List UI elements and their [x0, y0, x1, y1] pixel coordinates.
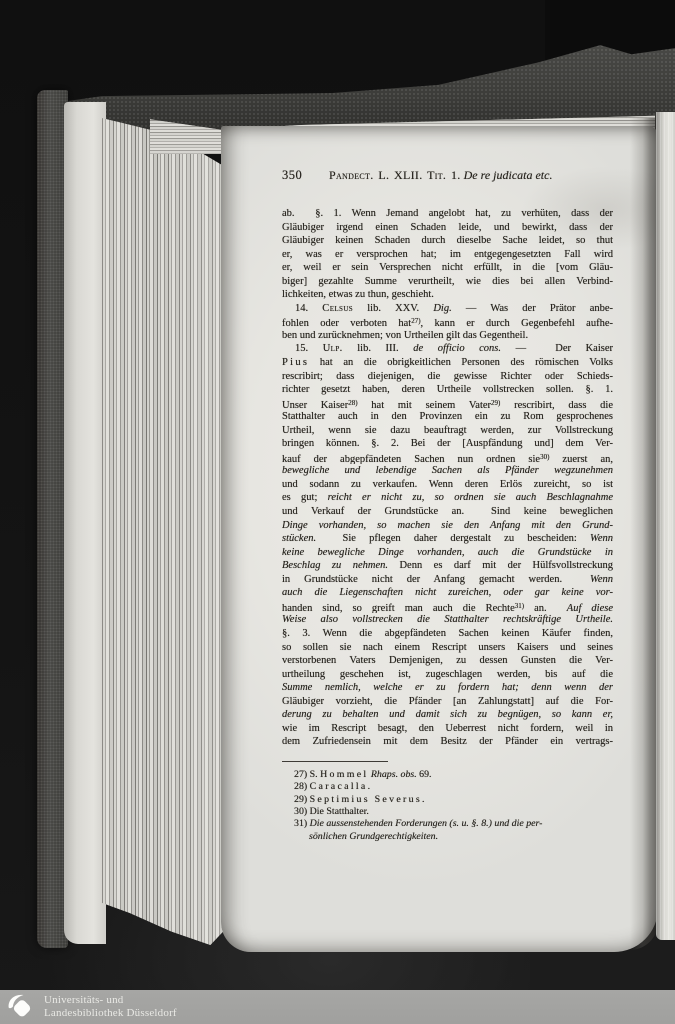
text-run: biger] gezahlte Summe verurtheilt, wie d…: [282, 276, 613, 287]
text-line: kauf der abgepfändeten Sachen nun ordnen…: [282, 451, 613, 465]
text-run: 28): [348, 399, 357, 407]
text-run: 29): [294, 794, 310, 805]
text-run: Gläubiger keinen Schaden durch dieselbe …: [282, 235, 613, 246]
text-run: es gut;: [282, 492, 328, 503]
flyleaf-edge: [64, 102, 106, 944]
text-run: bringen können. §. 2. Bei der [Auspfändu…: [282, 438, 613, 449]
text-line: 29) Septimius Severus.: [282, 794, 613, 806]
page-gutter-fold: [630, 118, 658, 950]
text-line: rescribirt; dass diejenigen, die gewisse…: [282, 370, 613, 384]
page-number: 350: [282, 168, 329, 182]
text-line: ben und zurücknehmen; von Urtheilen gilt…: [282, 329, 613, 343]
text-run: — Was der Prätor anbe-: [452, 303, 613, 314]
text-run: Dinge vorhanden, so machen sie den Anfan…: [282, 520, 613, 531]
text-run: Celsus: [322, 303, 353, 314]
text-line: Pius hat an die obrigkeitlichen Personen…: [282, 356, 613, 370]
text-line: Gläubiger vorzieht, die Pfänder [an Zahl…: [282, 695, 613, 709]
text-run: Unser Kaiser: [282, 400, 348, 411]
text-line: so sollen sie nach einem Rescript unsers…: [282, 641, 613, 655]
text-line: Gläubiger irgend einen Schaden leide, un…: [282, 221, 613, 235]
text-line: Gläubiger keinen Schaden durch dieselbe …: [282, 234, 613, 248]
book-page: 350Pandect. L. XLII. Tit. 1. De re judic…: [221, 126, 658, 952]
text-run: .: [422, 794, 424, 805]
text-line: fohlen oder verboten hat27), kann er dur…: [282, 315, 613, 329]
text-line: und sodann zu verkaufen. Wenn deren Erlö…: [282, 478, 613, 492]
text-line: lichkeiten, etwas zu thun, geschieht.: [282, 288, 613, 302]
text-line: keine bewegliche Dinge vorhanden, auch d…: [282, 546, 613, 560]
text-line: Dinge vorhanden, so machen sie den Anfan…: [282, 519, 613, 533]
text-line: Summe nemlich, welche er zu fordern hat;…: [282, 681, 613, 695]
text-run: in Grundstücke nicht der Anfang gemacht …: [282, 574, 590, 585]
text-line: §. 3. Wenn die abgepfändeten Sachen kein…: [282, 627, 613, 641]
library-name-line2: Landesbibliothek Düsseldorf: [44, 1007, 177, 1020]
text-run: 28): [294, 781, 310, 792]
text-line: 27) S. Hommel Rhaps. obs. 69.: [282, 769, 613, 781]
library-logo-icon: [5, 992, 35, 1022]
text-line: auch die Liegenschaften nicht zureichen,…: [282, 586, 613, 600]
library-name: Universitäts- und Landesbibliothek Düsse…: [44, 994, 177, 1020]
book: 350Pandect. L. XLII. Tit. 1. De re judic…: [0, 0, 675, 1024]
text-run: verstorbenen Vaters Demjenigen, zu desse…: [282, 655, 613, 666]
text-run: 31): [515, 602, 524, 610]
text-run: Die aussenstehenden Forderungen (s. u. §…: [310, 818, 543, 829]
text-run: Sie pflegen daher dergestalt zu bescheid…: [316, 533, 590, 544]
page-header: 350Pandect. L. XLII. Tit. 1. De re judic…: [282, 168, 613, 182]
text-run: , kann er durch Gegenbefehl aufhe-: [421, 318, 613, 329]
text-run: Caracalla: [310, 781, 368, 792]
text-run: Ulp.: [323, 343, 343, 354]
text-line: wie im Rescript besagt, den Ueberrest ni…: [282, 722, 613, 736]
text-run: auch die Liegenschaften nicht zureichen,…: [282, 587, 613, 598]
text-line: er, was er versprochen hat; im entgegeng…: [282, 248, 613, 262]
text-line: 31) Die aussenstehenden Forderungen (s. …: [282, 818, 613, 830]
text-run: §. 3. Wenn die abgepfändeten Sachen kein…: [282, 628, 613, 639]
text-run: Rhaps. obs.: [371, 769, 417, 780]
text-line: Urtheil, wenn sie dazu beauftragt werden…: [282, 424, 613, 438]
text-run: Statthalter auch in den Provinzen ein zu…: [282, 411, 613, 422]
text-line: ab. §. 1. Wenn Jemand angelobt hat, zu v…: [282, 207, 613, 221]
text-run: Dig.: [433, 303, 451, 314]
photo-background: 350Pandect. L. XLII. Tit. 1. De re judic…: [0, 0, 675, 1024]
text-run: so sollen sie nach einem Rescript unsers…: [282, 642, 613, 653]
text-run: Gläubiger vorzieht, die Pfänder [an Zahl…: [282, 696, 613, 707]
text-line: Statthalter auch in den Provinzen ein zu…: [282, 410, 613, 424]
text-run: sönlichen Grundgerechtigkeiten.: [309, 831, 438, 842]
running-title-latin: De re judicata etc.: [464, 168, 553, 182]
text-line: richter gesetzt haben, deren Urtheile vo…: [282, 383, 613, 397]
text-line: bringen können. §. 2. Bei der [Auspfändu…: [282, 437, 613, 451]
text-line: Weise also vollstrecken die Statthalter …: [282, 613, 613, 627]
footnote-separator-rule: [282, 761, 388, 762]
page-stack-fore-edge: [102, 108, 228, 950]
text-line: bewegliche und lebendige Sachen als Pfän…: [282, 464, 613, 478]
text-run: und sodann zu verkaufen. Wenn deren Erlö…: [282, 479, 613, 490]
text-run: — Der Kaiser: [501, 343, 613, 354]
printed-text-block: 350Pandect. L. XLII. Tit. 1. De re judic…: [282, 168, 613, 843]
text-line: 30) Die Statthalter.: [282, 806, 613, 818]
text-line: dem Zufriedensein mit dem Besitz der Pfä…: [282, 735, 613, 749]
text-run: fohlen oder verboten hat: [282, 318, 411, 329]
text-run: hat an die obrigkeitlichen Personen des …: [309, 357, 613, 368]
text-run: Pius: [282, 357, 309, 368]
text-run: ab. §. 1. Wenn Jemand angelobt hat, zu v…: [282, 208, 613, 219]
text-line: in Grundstücke nicht der Anfang gemacht …: [282, 573, 613, 587]
text-run: Beschlag zu nehmen.: [282, 560, 388, 571]
text-run: bewegliche und lebendige Sachen als Pfän…: [282, 465, 613, 476]
text-run: Wenn: [590, 533, 613, 544]
text-line: 15. Ulp. lib. III. de officio cons. — De…: [282, 342, 613, 356]
text-run: de officio cons.: [413, 343, 501, 354]
text-line: Unser Kaiser28) hat mit seinem Vater29) …: [282, 397, 613, 411]
text-line: Beschlag zu nehmen. Denn es darf mit der…: [282, 559, 613, 573]
text-line: derung zu behalten und damit sich zu beg…: [282, 708, 613, 722]
text-run: zuerst an,: [549, 454, 613, 465]
text-run: er, weil er sein Versprechen nicht erfül…: [282, 262, 613, 273]
page-body-text: ab. §. 1. Wenn Jemand angelobt hat, zu v…: [282, 207, 613, 749]
text-run: 27) S.: [294, 769, 320, 780]
text-line: und Verkauf der Grundstücke an. Sind kei…: [282, 505, 613, 519]
text-run: wie im Rescript besagt, den Ueberrest ni…: [282, 723, 613, 734]
library-watermark-banner: Universitäts- und Landesbibliothek Düsse…: [0, 990, 675, 1024]
text-run: Gläubiger irgend einen Schaden leide, un…: [282, 222, 613, 233]
text-run: 30) Die Statthalter.: [294, 806, 369, 817]
text-run: rescribirt; dass diejenigen, die gewisse…: [282, 371, 613, 382]
text-run: an.: [524, 603, 567, 614]
text-line: biger] gezahlte Summe verurtheilt, wie d…: [282, 275, 613, 289]
text-run: keine bewegliche Dinge vorhanden, auch d…: [282, 547, 613, 558]
text-line: es gut; reicht er nicht zu, so ordnen si…: [282, 491, 613, 505]
text-run: er, was er versprochen hat; im entgegeng…: [282, 249, 613, 260]
text-run: Wenn: [590, 574, 613, 585]
text-run: Denn es darf mit der Hülfsvollstreckung: [388, 560, 613, 571]
footnotes: 27) S. Hommel Rhaps. obs. 69.28) Caracal…: [282, 769, 613, 843]
text-run: 69.: [417, 769, 432, 780]
running-title: Pandect. L. XLII. Tit. 1.: [329, 168, 461, 182]
text-run: ben und zurücknehmen; von Urtheilen gilt…: [282, 330, 528, 341]
text-run: hat mit seinem Vater: [358, 400, 491, 411]
text-run: 15.: [295, 343, 323, 354]
text-run: richter gesetzt haben, deren Urtheile vo…: [282, 384, 613, 395]
text-line: handen sind, so greift man auch die Rech…: [282, 600, 613, 614]
text-run: kauf der abgepfändeten Sachen nun ordnen…: [282, 454, 540, 465]
text-run: handen sind, so greift man auch die Rech…: [282, 603, 515, 614]
text-line: 14. Celsus lib. XXV. Dig. — Was der Prät…: [282, 302, 613, 316]
text-run: Auf diese: [567, 603, 613, 614]
text-line: er, weil er sein Versprechen nicht erfül…: [282, 261, 613, 275]
text-run: Urtheil, wenn sie dazu beauftragt werden…: [282, 425, 613, 436]
text-run: Weise also vollstrecken die Statthalter …: [282, 614, 613, 625]
text-line: stücken. Sie pflegen daher dergestalt zu…: [282, 532, 613, 546]
text-run: urtheilung geschehen ist, zugeschlagen w…: [282, 669, 613, 680]
text-run: lichkeiten, etwas zu thun, geschieht.: [282, 289, 434, 300]
text-run: 14.: [295, 303, 322, 314]
text-run: derung zu behalten und damit sich zu beg…: [282, 709, 613, 720]
text-run: .: [368, 781, 370, 792]
text-run: und Verkauf der Grundstücke an. Sind kei…: [282, 506, 613, 517]
text-run: 27): [411, 317, 420, 325]
library-name-line1: Universitäts- und: [44, 994, 177, 1007]
text-run: Summe nemlich, welche er zu fordern hat;…: [282, 682, 613, 693]
text-line: sönlichen Grundgerechtigkeiten.: [282, 831, 613, 843]
text-run: lib. XXV.: [353, 303, 433, 314]
text-run: reicht er nicht zu, so ordnen sie auch B…: [328, 492, 613, 503]
facing-page-edge: [656, 112, 675, 940]
text-line: 28) Caracalla.: [282, 781, 613, 793]
text-run: 29): [491, 399, 500, 407]
text-run: dem Zufriedensein mit dem Besitz der Pfä…: [282, 736, 613, 747]
text-run: rescribirt, dass die: [500, 400, 613, 411]
text-line: urtheilung geschehen ist, zugeschlagen w…: [282, 668, 613, 682]
text-line: verstorbenen Vaters Demjenigen, zu desse…: [282, 654, 613, 668]
text-run: Septimius Severus: [310, 794, 422, 805]
text-run: Hommel: [320, 769, 368, 780]
text-run: stücken.: [282, 533, 316, 544]
text-run: 31): [294, 818, 310, 829]
text-run: lib. III.: [343, 343, 414, 354]
